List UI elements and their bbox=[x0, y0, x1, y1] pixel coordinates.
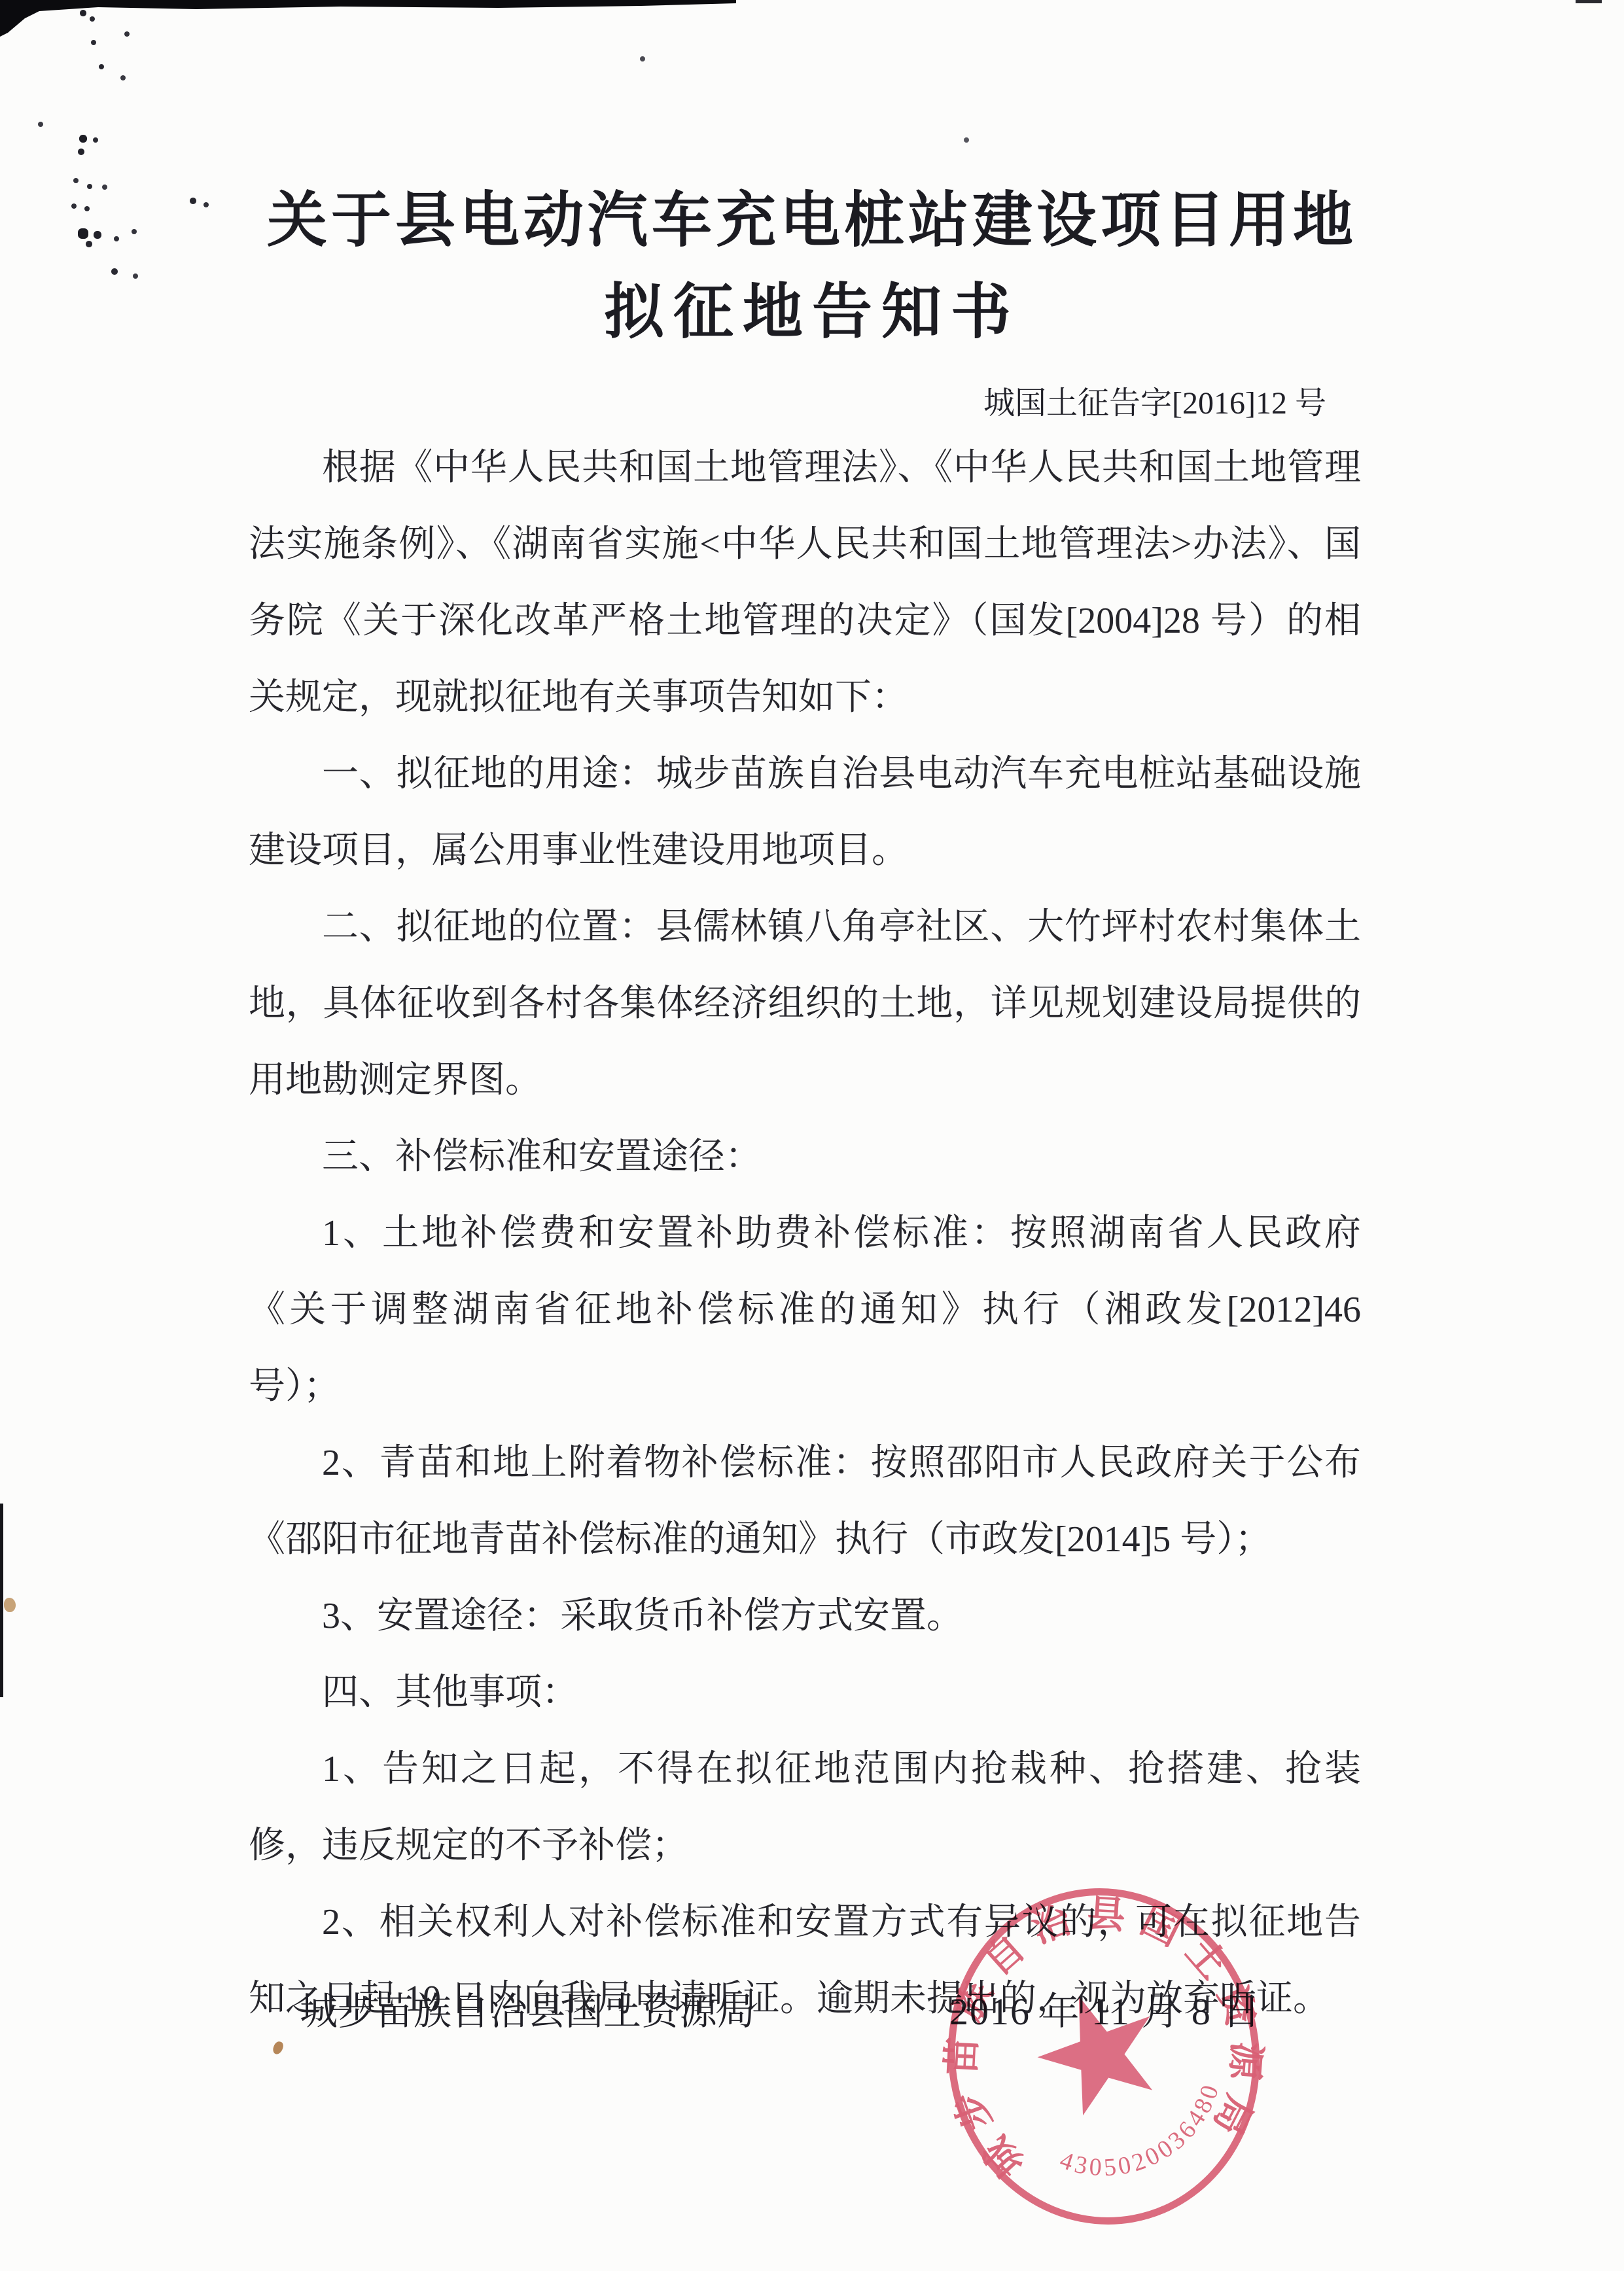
document-number: 城国土征告字[2016]12 号 bbox=[983, 383, 1326, 425]
paper-stain bbox=[272, 2040, 284, 2055]
scanned-document-page: 关于县电动汽车充电桩站建设项目用地 拟征地告知书 城国土征告字[2016]12 … bbox=[0, 0, 1624, 2271]
document-title-line-2: 拟征地告知书 bbox=[0, 276, 1624, 348]
body-paragraph: 1、告知之日起，不得在拟征地范围内抢栽种、抢搭建、抢装修，违反规定的不予补偿； bbox=[249, 1731, 1361, 1884]
document-title-line-1: 关于县电动汽车充电桩站建设项目用地 bbox=[0, 185, 1624, 256]
body-paragraph: 根据《中华人民共和国土地管理法》、《中华人民共和国土地管理法实施条例》、《湖南省… bbox=[249, 430, 1361, 736]
body-paragraph: 四、其他事项： bbox=[249, 1655, 1361, 1731]
issue-date: 2016 年 11 月 8 日 bbox=[949, 1990, 1262, 2033]
body-paragraph: 3、安置途径：采取货币补偿方式安置。 bbox=[249, 1578, 1361, 1655]
scan-left-edge-mark bbox=[0, 1504, 3, 1697]
scan-speckles bbox=[0, 0, 3, 3]
signature-row: 城步苗族自治县国土资源局 2016 年 11 月 8 日 bbox=[0, 1990, 1624, 2036]
body-paragraph: 一、拟征地的用途：城步苗族自治县电动汽车充电桩站基础设施建设项目，属公用事业性建… bbox=[249, 736, 1361, 889]
body-paragraph: 2、青苗和地上附着物补偿标准：按照邵阳市人民政府关于公布《邵阳市征地青苗补偿标准… bbox=[249, 1425, 1361, 1578]
document-body: 根据《中华人民共和国土地管理法》、《中华人民共和国土地管理法实施条例》、《湖南省… bbox=[249, 430, 1361, 2037]
paper-stain bbox=[4, 1598, 16, 1612]
body-paragraph: 二、拟征地的位置：县儒林镇八角亭社区、大竹坪村农村集体土地，具体征收到各村各集体… bbox=[249, 889, 1361, 1119]
scan-edge-artifact bbox=[0, 0, 1624, 46]
seal-number: 4305020036480 bbox=[1045, 2075, 1238, 2191]
body-paragraph: 1、土地补偿费和安置补助费补偿标准：按照湖南省人民政府《关于调整湖南省征地补偿标… bbox=[249, 1195, 1361, 1425]
svg-text:4305020036480: 4305020036480 bbox=[1045, 2075, 1238, 2191]
body-paragraph: 三、补偿标准和安置途径： bbox=[249, 1119, 1361, 1195]
issuing-agency: 城步苗族自治县国土资源局 bbox=[300, 1990, 755, 2033]
